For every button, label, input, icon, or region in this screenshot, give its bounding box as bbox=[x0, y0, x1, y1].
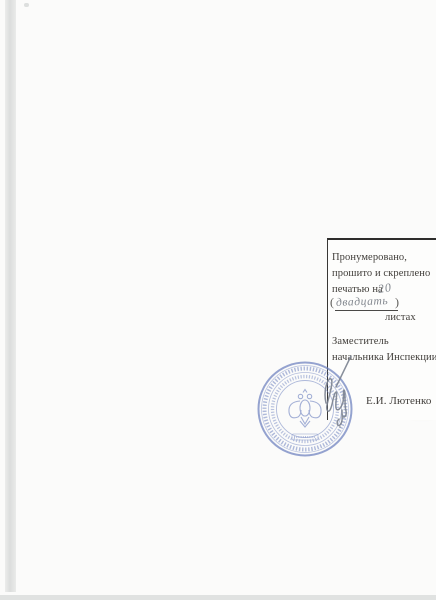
paren-open: ( bbox=[330, 295, 334, 310]
label-line-3: печатью на bbox=[332, 284, 383, 296]
handwritten-sheet-count-words: двадцать bbox=[336, 295, 389, 309]
label-line-2: прошито и скреплено bbox=[332, 268, 430, 280]
label-line-1: Пронумеровано, bbox=[332, 252, 407, 264]
signer-position-line-1: Заместитель bbox=[332, 336, 389, 348]
signature-icon bbox=[315, 350, 367, 428]
label-sheets-word: листах bbox=[385, 312, 416, 324]
scanned-page: Пронумеровано, прошито и скреплено печат… bbox=[0, 0, 436, 600]
scan-edge-bottom bbox=[0, 595, 436, 600]
paren-close: ) bbox=[395, 295, 399, 310]
scan-edge-left bbox=[5, 0, 16, 592]
signer-name: Е.И. Лютенко bbox=[366, 395, 432, 407]
scan-speck bbox=[24, 3, 29, 7]
